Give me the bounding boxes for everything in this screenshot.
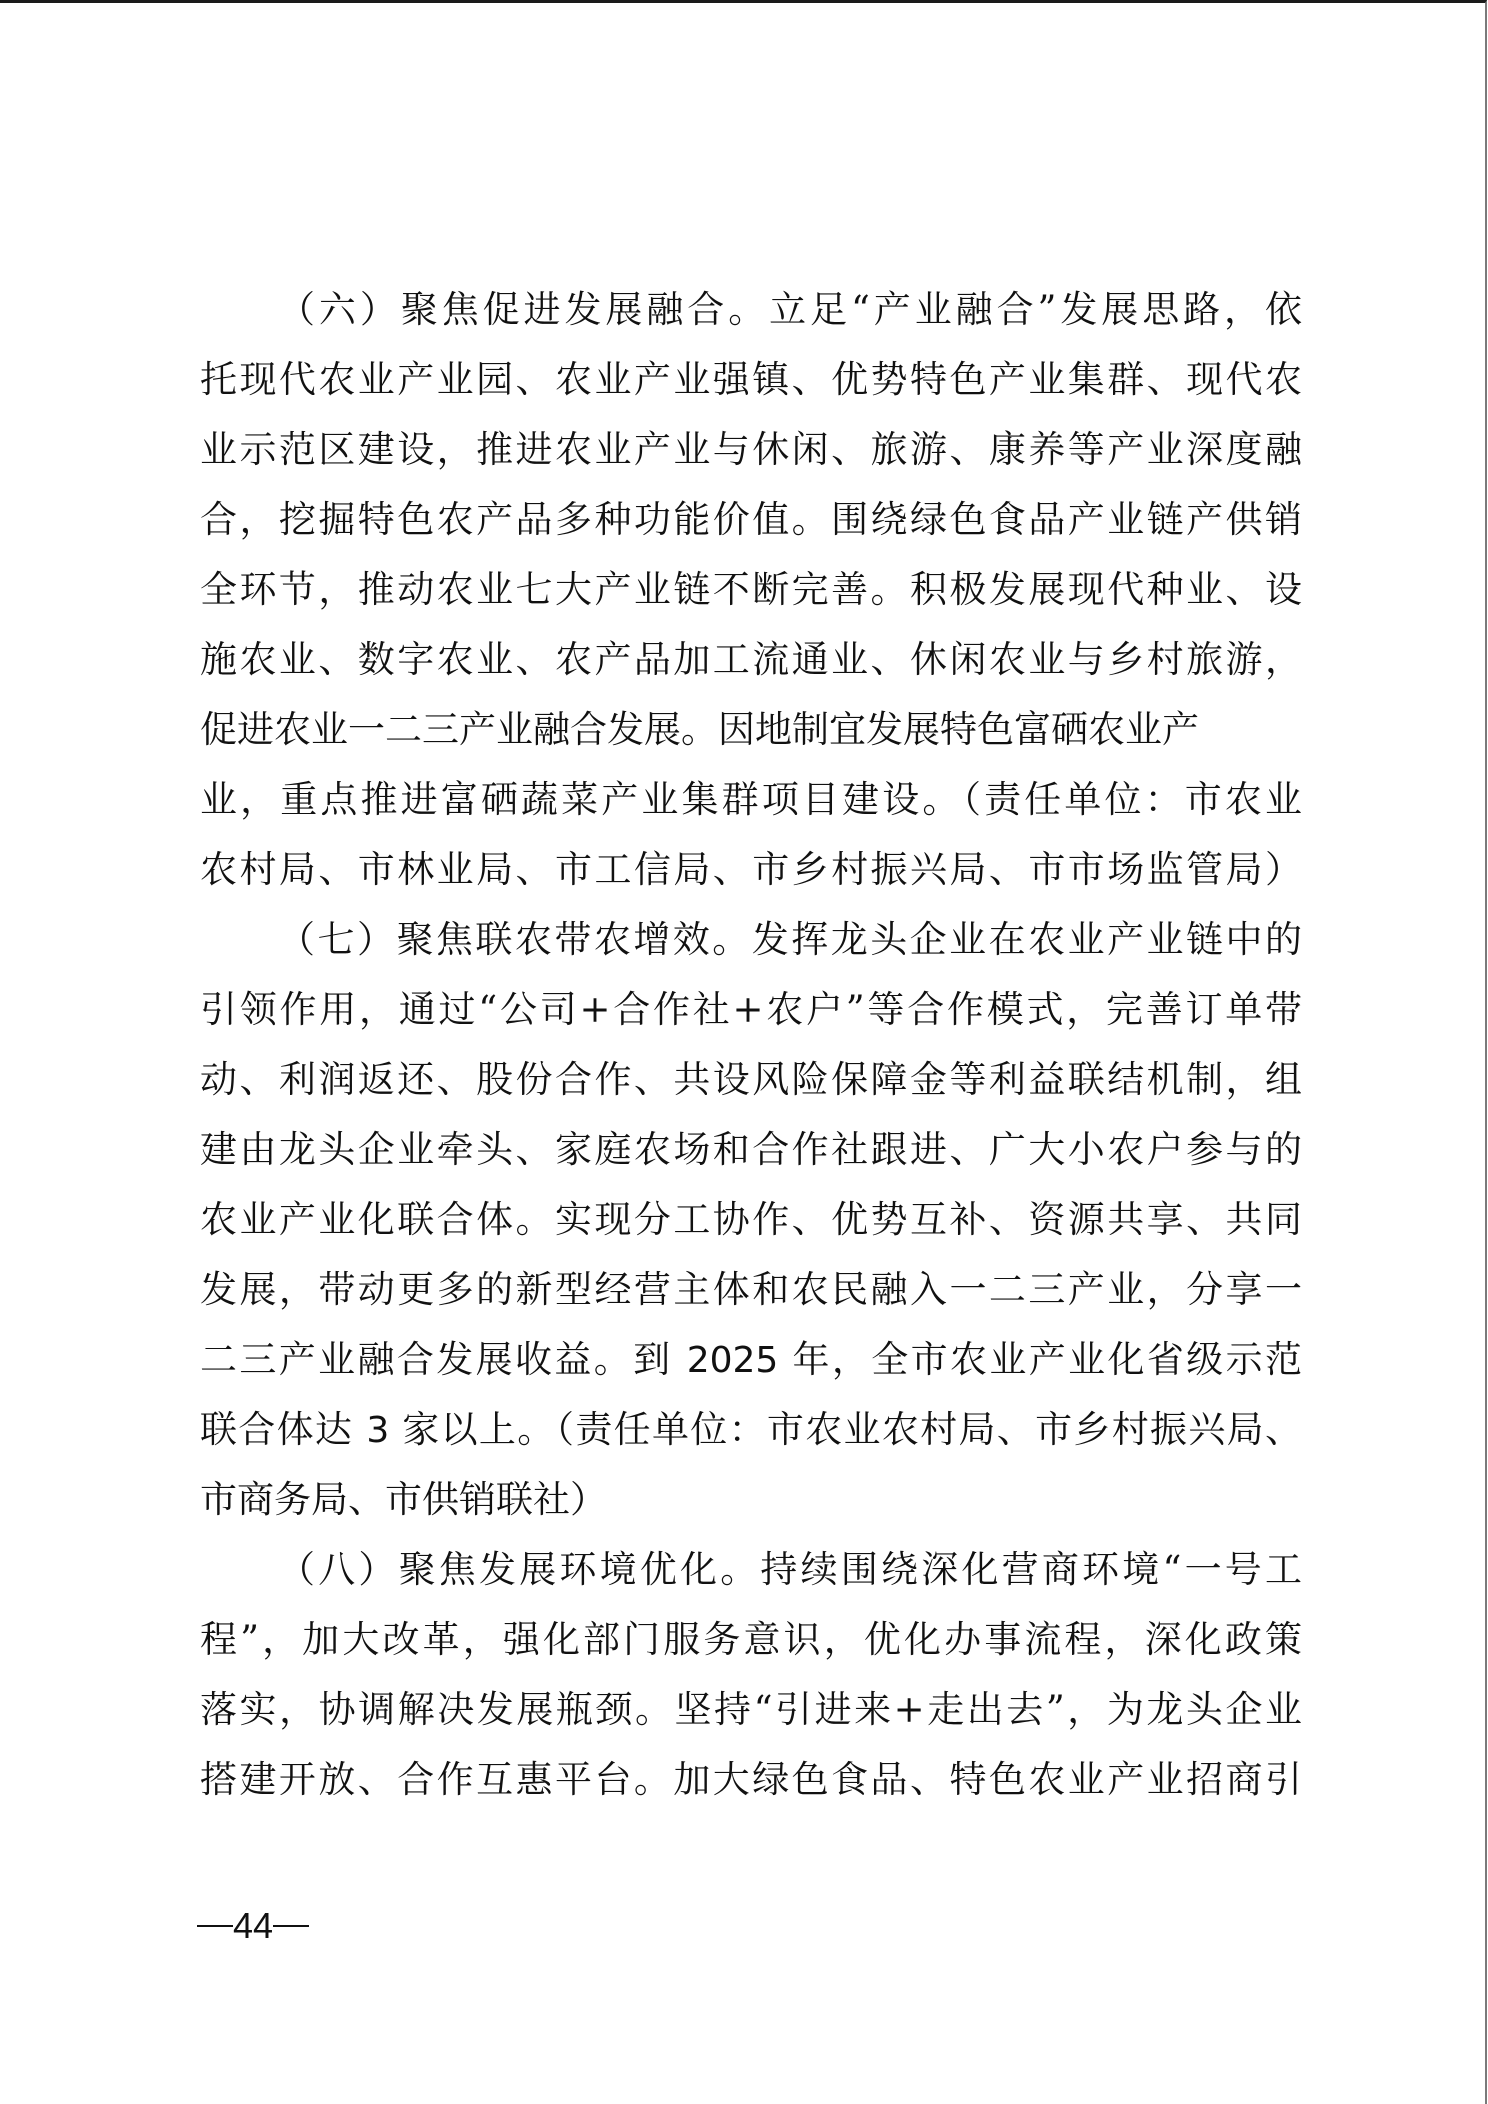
paragraph-8-line-2: 程”，加大改革，强化部门服务意识，优化办事流程，深化政策	[200, 1605, 1302, 1675]
paragraph-6-line-2: 托现代农业产业园、农业产业强镇、优势特色产业集群、现代农	[200, 345, 1302, 415]
paragraph-7-line-6: 发展，带动更多的新型经营主体和农民融入一二三产业，分享一	[200, 1255, 1302, 1325]
line-text: 二三产业融合发展收益。到	[200, 1338, 687, 1381]
paragraph-6-line-5: 全环节，推动农业七大产业链不断完善。积极发展现代种业、设	[200, 555, 1302, 625]
line-text: 联合体达	[200, 1408, 366, 1451]
paragraph-6-line-9: 农村局、市林业局、市工信局、市乡村振兴局、市市场监管局）	[200, 835, 1302, 905]
paragraph-8-line-1: （八）聚焦发展环境优化。持续围绕深化营商环境“一号工	[200, 1535, 1302, 1605]
document-page: （六）聚焦促进发展融合。立足“产业融合”发展思路，依 托现代农业产业园、农业产业…	[0, 0, 1487, 2104]
paragraph-7-line-3: 动、利润返还、股份合作、共设风险保障金等利益联结机制，组	[200, 1045, 1302, 1115]
paragraph-7-line-7: 二三产业融合发展收益。到 2025 年，全市农业产业化省级示范	[200, 1325, 1302, 1395]
dash-right	[273, 1925, 309, 1927]
line-text: 年，全市农业产业化省级示范	[778, 1338, 1302, 1381]
paragraph-7-line-2: 引领作用，通过“公司+合作社+农户”等合作模式，完善订单带	[200, 975, 1302, 1045]
document-body: （六）聚焦促进发展融合。立足“产业融合”发展思路，依 托现代农业产业园、农业产业…	[200, 275, 1302, 1815]
paragraph-6-line-8: 业，重点推进富硒蔬菜产业集群项目建设。（责任单位：市农业	[200, 765, 1302, 835]
paragraph-6-line-7: 促进农业一二三产业融合发展。因地制宜发展特色富硒农业产	[200, 695, 1302, 765]
page-number: 44	[197, 1903, 309, 1949]
paragraph-7-line-5: 农业产业化联合体。实现分工协作、优势互补、资源共享、共同	[200, 1185, 1302, 1255]
paragraph-8-line-4: 搭建开放、合作互惠平台。加大绿色食品、特色农业产业招商引	[200, 1745, 1302, 1815]
paragraph-6-line-6: 施农业、数字农业、农产品加工流通业、休闲农业与乡村旅游，	[200, 625, 1302, 695]
line-text: 家以上。（责任单位：市农业农村局、市乡村振兴局、	[389, 1408, 1302, 1451]
paragraph-8-line-3: 落实，协调解决发展瓶颈。坚持“引进来+走出去”，为龙头企业	[200, 1675, 1302, 1745]
paragraph-6-line-3: 业示范区建设，推进农业产业与休闲、旅游、康养等产业深度融	[200, 415, 1302, 485]
year-value: 2025	[687, 1340, 779, 1381]
paragraph-7-line-4: 建由龙头企业牵头、家庭农场和合作社跟进、广大小农户参与的	[200, 1115, 1302, 1185]
paragraph-7-line-1: （七）聚焦联农带农增效。发挥龙头企业在农业产业链中的	[200, 905, 1302, 975]
paragraph-6-line-1: （六）聚焦促进发展融合。立足“产业融合”发展思路，依	[200, 275, 1302, 345]
paragraph-7-line-9: 市商务局、市供销联社）	[200, 1465, 1302, 1535]
paragraph-7-line-8: 联合体达 3 家以上。（责任单位：市农业农村局、市乡村振兴局、	[200, 1395, 1302, 1465]
count-value: 3	[366, 1410, 389, 1451]
page-number-value: 44	[233, 1903, 273, 1949]
paragraph-6-line-4: 合，挖掘特色农产品多种功能价值。围绕绿色食品产业链产供销	[200, 485, 1302, 555]
dash-left	[197, 1925, 233, 1927]
